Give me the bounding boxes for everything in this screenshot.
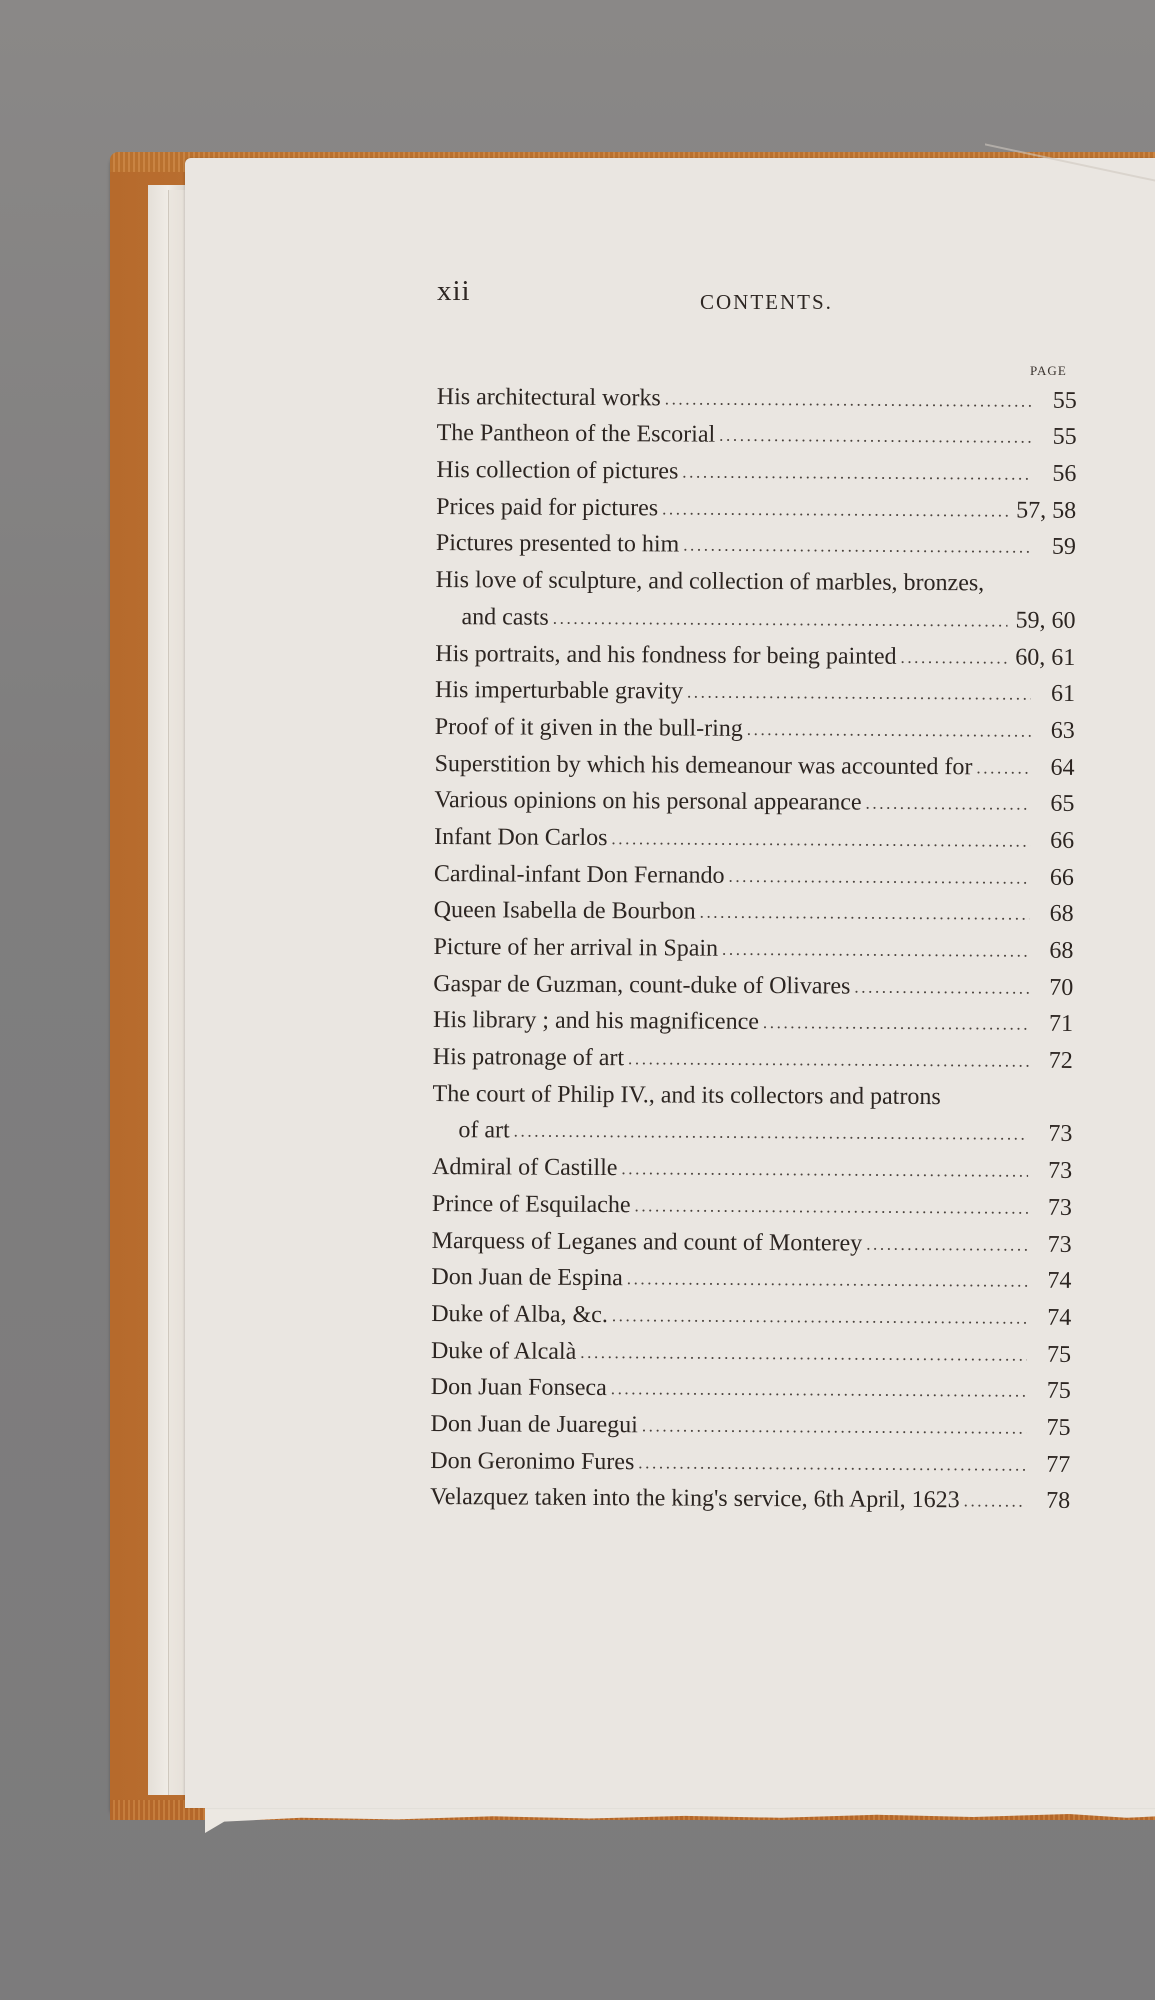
toc-entry-title: Don Juan de Espina [431, 1265, 622, 1290]
dot-leader [976, 759, 1030, 776]
toc-entry-page: 66 [1038, 865, 1074, 889]
toc-entry-title: Superstition by which his demeanour was … [435, 752, 973, 779]
running-head: CONTENTS. [700, 290, 833, 315]
toc-entry-page: 59 [1040, 535, 1076, 559]
toc-entry-title: Queen Isabella de Bourbon [434, 898, 696, 924]
toc-entry: and casts 59, 60 [435, 592, 1075, 633]
toc-entry-title: Prices paid for pictures [436, 495, 658, 520]
toc-entry-page: 73 [1036, 1195, 1072, 1219]
toc-entry: His love of sculpture, and collection of… [436, 555, 1076, 596]
toc-entry-title: His library ; and his magnificence [433, 1008, 759, 1034]
toc-entry-page: 75 [1035, 1379, 1071, 1403]
dot-leader [611, 1380, 1027, 1400]
toc-entry: Don Juan Fonseca 75 [431, 1363, 1071, 1404]
dot-leader [763, 1014, 1029, 1033]
toc-entry-page: 55 [1041, 388, 1077, 412]
toc-entry: Velazquez taken into the king's service,… [430, 1473, 1070, 1514]
toc-entry-page: 74 [1035, 1269, 1071, 1293]
toc-entry-title: Prince of Esquilache [432, 1192, 631, 1217]
toc-entry-page: 64 [1039, 755, 1075, 779]
toc-entry-title: Various opinions on his personal appeara… [434, 788, 861, 815]
toc-entry: Don Juan de Juaregui 75 [431, 1399, 1071, 1440]
dot-leader [665, 390, 1033, 409]
toc-entry: His patronage of art 72 [433, 1032, 1073, 1073]
toc-entry: Infant Don Carlos 66 [434, 812, 1074, 853]
toc-entry-page: 59, 60 [1015, 608, 1075, 632]
dot-leader [634, 1197, 1027, 1216]
toc-entry: Queen Isabella de Bourbon 68 [434, 886, 1074, 927]
toc-entry: The Pantheon of the Escorial 55 [437, 409, 1077, 450]
toc-entry: of art 73 [432, 1106, 1072, 1147]
toc-entry-page: 57, 58 [1016, 498, 1076, 522]
toc-entry: Don Juan de Espina 74 [431, 1252, 1071, 1293]
toc-entry: Various opinions on his personal appeara… [434, 776, 1074, 817]
toc-entry-page: 71 [1037, 1012, 1073, 1036]
toc-entry: Admiral of Castille 73 [432, 1142, 1072, 1183]
toc-entry-page: 73 [1036, 1159, 1072, 1183]
toc-entry: Don Geronimo Fures 77 [430, 1436, 1070, 1477]
toc-entry-title: of art [432, 1118, 509, 1142]
toc-entry-title: Don Juan Fonseca [431, 1375, 607, 1400]
dot-leader [747, 721, 1031, 740]
toc-entry-title: Cardinal-infant Don Fernando [434, 862, 725, 888]
toc-entry: Picture of her arrival in Spain 68 [433, 922, 1073, 963]
dot-leader [553, 610, 1008, 630]
toc-entry-page: 60, 61 [1015, 645, 1075, 669]
dot-leader [854, 978, 1029, 996]
dot-leader [866, 795, 1031, 813]
toc-entry-page: 78 [1034, 1489, 1070, 1513]
toc-entry: Pictures presented to him 59 [436, 519, 1076, 560]
table-of-contents: His architectural works 55 The Pantheon … [430, 372, 1077, 1513]
dot-leader [621, 1160, 1028, 1179]
dot-leader [683, 537, 1032, 556]
toc-entry-title: Picture of her arrival in Spain [433, 935, 718, 961]
toc-entry: Prince of Esquilache 73 [432, 1179, 1072, 1220]
toc-entry-page: 61 [1039, 682, 1075, 706]
toc-entry-page: 77 [1034, 1452, 1070, 1476]
toc-entry-title: Marquess of Leganes and count of Montere… [432, 1228, 863, 1255]
page-number-folio: xii [437, 275, 471, 308]
toc-entry-title: His patronage of art [433, 1045, 624, 1070]
toc-entry-page: 75 [1035, 1342, 1071, 1366]
toc-entry: Proof of it given in the bull-ring 63 [435, 702, 1075, 743]
toc-entry-title: Infant Don Carlos [434, 825, 607, 850]
toc-entry: Prices paid for pictures 57, 58 [436, 482, 1076, 523]
toc-entry-title: Proof of it given in the bull-ring [435, 715, 743, 741]
toc-entry: His imperturbable gravity 61 [435, 665, 1075, 706]
toc-entry-page: 68 [1037, 939, 1073, 963]
dot-leader [866, 1235, 1028, 1253]
toc-entry-title: His imperturbable gravity [435, 678, 683, 704]
toc-entry-page: 73 [1036, 1232, 1072, 1256]
toc-entry-title: Don Geronimo Fures [430, 1449, 634, 1474]
toc-entry-title: His love of sculpture, and collection of… [436, 568, 985, 595]
toc-entry-title: Duke of Alba, &c. [431, 1302, 608, 1327]
toc-entry: His portraits, and his fondness for bein… [435, 629, 1075, 670]
toc-entry-page: 70 [1037, 975, 1073, 999]
dot-leader [627, 1270, 1028, 1289]
toc-entry: Marquess of Leganes and count of Montere… [432, 1216, 1072, 1257]
toc-entry: His collection of pictures 56 [436, 445, 1076, 486]
dot-leader [612, 1307, 1027, 1327]
dot-leader [642, 1417, 1027, 1436]
dot-leader [580, 1343, 1027, 1363]
toc-entry: Gaspar de Guzman, count-duke of Olivares… [433, 959, 1073, 1000]
dot-leader [964, 1493, 1027, 1510]
toc-entry: Duke of Alba, &c. 74 [431, 1289, 1071, 1330]
toc-entry-page: 56 [1040, 462, 1076, 486]
toc-entry: Duke of Alcalà 75 [431, 1326, 1071, 1367]
toc-entry-title: His portraits, and his fondness for bein… [435, 641, 896, 668]
toc-entry: His library ; and his magnificence 71 [433, 996, 1073, 1037]
toc-entry-title: Duke of Alcalà [431, 1339, 576, 1364]
dot-leader [638, 1454, 1026, 1473]
toc-entry-title: Pictures presented to him [436, 531, 679, 556]
toc-entry-title: Don Juan de Juaregui [431, 1412, 638, 1437]
toc-entry-page: 68 [1038, 902, 1074, 926]
toc-entry-title: Velazquez taken into the king's service,… [430, 1485, 960, 1512]
toc-entry: The court of Philip IV., and its collect… [433, 1069, 1073, 1110]
toc-entry: His architectural works 55 [437, 372, 1077, 413]
dot-leader [900, 648, 1007, 666]
toc-entry-page: 66 [1038, 829, 1074, 853]
dot-leader [514, 1123, 1029, 1143]
toc-entry-title: Admiral of Castille [432, 1155, 617, 1180]
dot-leader [662, 500, 1008, 519]
toc-entry-page: 72 [1037, 1049, 1073, 1073]
toc-entry-page: 55 [1041, 425, 1077, 449]
toc-entry-page: 73 [1036, 1122, 1072, 1146]
toc-entry-title: His architectural works [437, 385, 661, 410]
toc-entry-page: 65 [1038, 792, 1074, 816]
toc-entry: Cardinal-infant Don Fernando 66 [434, 849, 1074, 890]
dot-leader [700, 904, 1030, 923]
toc-entry-title: Gaspar de Guzman, count-duke of Olivares [433, 972, 850, 999]
toc-entry: Superstition by which his demeanour was … [435, 739, 1075, 780]
toc-entry-title: and casts [435, 605, 548, 630]
toc-entry-page: 75 [1034, 1416, 1070, 1440]
dot-leader [722, 941, 1030, 960]
dot-leader [628, 1050, 1029, 1069]
toc-entry-page: 63 [1039, 719, 1075, 743]
dot-leader [728, 867, 1030, 886]
toc-entry-title: The Pantheon of the Escorial [437, 421, 716, 447]
dot-leader [719, 427, 1033, 446]
dot-leader [687, 684, 1031, 703]
toc-entry-title: His collection of pictures [436, 458, 678, 483]
toc-entry-page: 74 [1035, 1306, 1071, 1330]
toc-entry-title: The court of Philip IV., and its collect… [433, 1082, 941, 1109]
dot-leader [611, 830, 1030, 850]
dot-leader [682, 464, 1032, 483]
